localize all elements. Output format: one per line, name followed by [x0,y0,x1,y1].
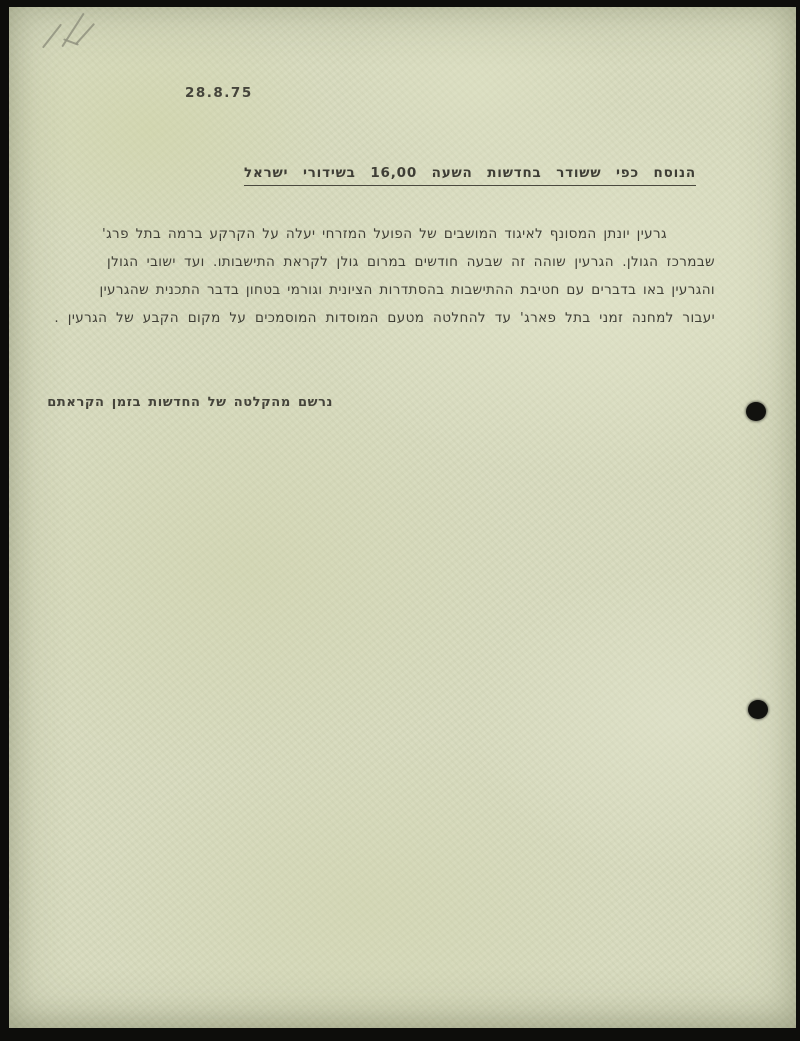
document-footnote: נרשם מהקלטה של החדשות בזמן הקראתם [47,395,333,410]
body-line-3: והגרעין באו בדברים עם חטיבת ההתישבות בהס… [107,276,715,304]
pen-stroke [75,23,95,45]
document-date: 28.8.75 [185,85,253,101]
body-line-1: גרעין יונתן המסונף לאיגוד המושבים של הפו… [107,220,715,248]
document-body: גרעין יונתן המסונף לאיגוד המושבים של הפו… [107,220,715,332]
document-title: הנוסח כפי ששודר בחדשות השעה 16,00 בשידור… [244,165,696,186]
hole-punch-mark-top [746,402,766,421]
paper-sheet: 28.8.75 הנוסח כפי ששודר בחדשות השעה 16,0… [9,7,796,1028]
pen-stroke [42,24,62,49]
scanned-document-page: { "document": { "date": "28.8.75", "titl… [0,0,800,1041]
body-line-2: שבמרכז הגולן. הגרעין שוהה זה שבעה חודשים… [107,248,715,276]
body-line-4: יעבור למחנה זמני בתל פארג' עד להחלטה מטע… [107,304,715,332]
hole-punch-mark-bottom [748,700,768,719]
